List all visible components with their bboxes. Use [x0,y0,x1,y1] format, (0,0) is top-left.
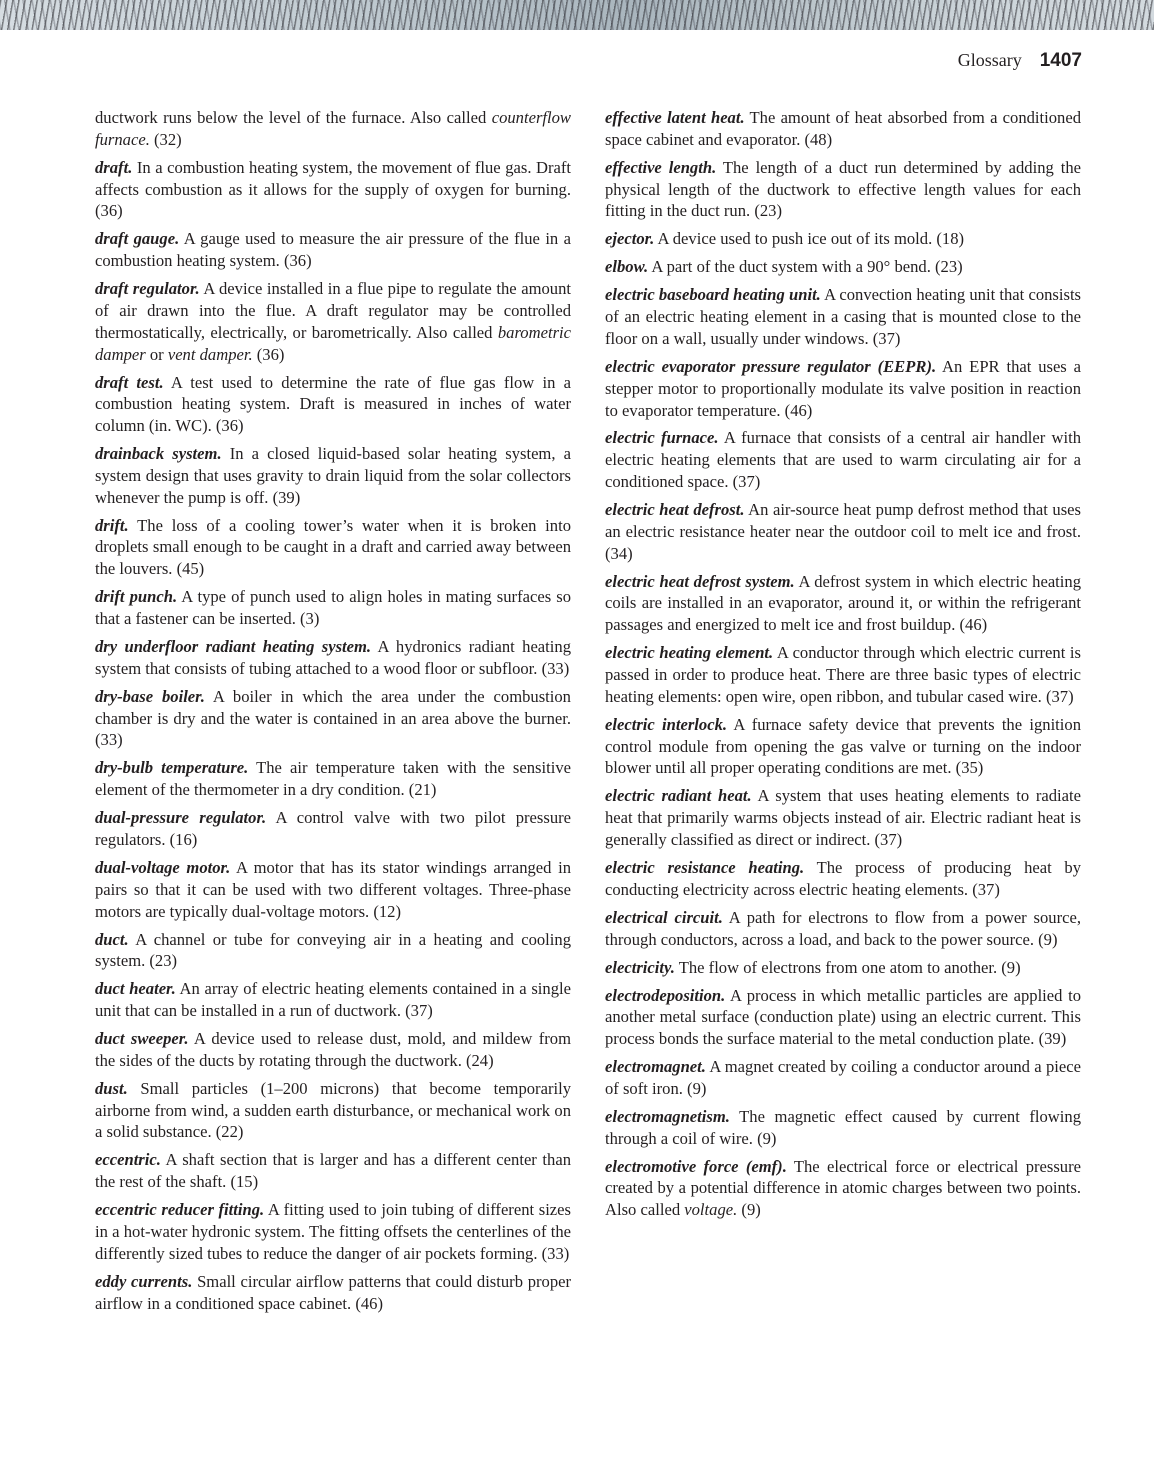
term: electrodeposition. [605,986,725,1005]
term: electromotive force (emf). [605,1157,787,1176]
glossary-entry: drainback system. In a closed liquid-bas… [95,443,571,508]
term: dry-base boiler. [95,687,205,706]
term: electric baseboard heating unit. [605,285,821,304]
term: dry underfloor radiant heating system. [95,637,371,656]
glossary-entry: draft regulator. A device installed in a… [95,278,571,365]
term: ejector. [605,229,654,248]
term: electricity. [605,958,675,977]
glossary-entry: electrical circuit. A path for electrons… [605,907,1081,951]
glossary-entry: effective length. The length of a duct r… [605,157,1081,222]
term: duct sweeper. [95,1029,188,1048]
definition: In a combustion heating system, the move… [95,158,571,221]
definition: Small particles (1–200 microns) that bec… [95,1079,571,1142]
definition: A channel or tube for conveying air in a… [95,930,571,971]
glossary-entry: electromagnet. A magnet created by coili… [605,1056,1081,1100]
glossary-entry: dual-pressure regulator. A control valve… [95,807,571,851]
term: electric resistance heating. [605,858,804,877]
glossary-entry: dry-base boiler. A boiler in which the a… [95,686,571,751]
glossary-entry: eccentric reducer fitting. A fitting use… [95,1199,571,1264]
term: electric heating element. [605,643,773,662]
glossary-entry: draft. In a combustion heating system, t… [95,157,571,222]
definition: A test used to determine the rate of flu… [95,373,571,436]
definition: or [146,345,168,364]
definition: The flow of electrons from one atom to a… [675,958,1021,977]
glossary-entry-continuation: ductwork runs below the level of the fur… [95,107,571,151]
term: electric evaporator pressure regulator (… [605,357,936,376]
glossary-column-right: effective latent heat. The amount of hea… [605,107,1081,1227]
running-head: Glossary 1407 [958,50,1082,72]
glossary-entry: electric evaporator pressure regulator (… [605,356,1081,421]
glossary-entry: draft test. A test used to determine the… [95,372,571,437]
glossary-entry: dry-bulb temperature. The air temperatur… [95,757,571,801]
term: duct heater. [95,979,176,998]
decorative-header-banner [0,0,1154,30]
term: draft test. [95,373,164,392]
glossary-entry: eddy currents. Small circular airflow pa… [95,1271,571,1315]
term: duct. [95,930,129,949]
glossary-entry: dust. Small particles (1–200 microns) th… [95,1078,571,1143]
glossary-entry: electrodeposition. A process in which me… [605,985,1081,1050]
glossary-entry: dual-voltage motor. A motor that has its… [95,857,571,922]
definition: A part of the duct system with a 90° ben… [648,257,963,276]
term: elbow. [605,257,648,276]
glossary-entry: electric furnace. A furnace that consist… [605,427,1081,492]
glossary-entry: electric heating element. A conductor th… [605,642,1081,707]
term: electromagnet. [605,1057,706,1076]
glossary-entry: electric resistance heating. The process… [605,857,1081,901]
term: electric radiant heat. [605,786,752,805]
glossary-entry: electric heat defrost. An air-source hea… [605,499,1081,564]
alternate-term: vent damper. [168,345,253,364]
alternate-term: voltage. [684,1200,737,1219]
glossary-entry: electromotive force (emf). The electrica… [605,1156,1081,1221]
glossary-column-left: ductwork runs below the level of the fur… [95,107,571,1321]
chapter-ref: (36) [253,345,285,364]
term: electrical circuit. [605,908,723,927]
section-title: Glossary [958,50,1022,71]
page-number: 1407 [1040,50,1082,72]
term: dry-bulb temperature. [95,758,248,777]
term: dual-voltage motor. [95,858,230,877]
term: drift punch. [95,587,177,606]
glossary-entry: duct sweeper. A device used to release d… [95,1028,571,1072]
glossary-entry: elbow. A part of the duct system with a … [605,256,1081,278]
term: eccentric reducer fitting. [95,1200,264,1219]
glossary-entry: electric radiant heat. A system that use… [605,785,1081,850]
term: drift. [95,516,129,535]
definition: The loss of a cooling tower’s water when… [95,516,571,579]
term: eddy currents. [95,1272,192,1291]
glossary-entry: electric interlock. A furnace safety dev… [605,714,1081,779]
glossary-entry: effective latent heat. The amount of hea… [605,107,1081,151]
term: draft gauge. [95,229,179,248]
glossary-entry: electric baseboard heating unit. A conve… [605,284,1081,349]
definition: A device used to push ice out of its mol… [654,229,964,248]
glossary-entry: eccentric. A shaft section that is large… [95,1149,571,1193]
chapter-ref: (32) [150,130,182,149]
term: electromagnetism. [605,1107,730,1126]
term: draft regulator. [95,279,200,298]
term: draft. [95,158,132,177]
term: electric furnace. [605,428,719,447]
glossary-entry: duct. A channel or tube for conveying ai… [95,929,571,973]
term: dust. [95,1079,128,1098]
chapter-ref: (9) [737,1200,761,1219]
term: drainback system. [95,444,222,463]
term: eccentric. [95,1150,161,1169]
definition: A shaft section that is larger and has a… [95,1150,571,1191]
term: electric heat defrost system. [605,572,795,591]
glossary-entry: electromagnetism. The magnetic effect ca… [605,1106,1081,1150]
glossary-entry: electricity. The flow of electrons from … [605,957,1081,979]
glossary-entry: duct heater. An array of electric heatin… [95,978,571,1022]
glossary-entry: drift punch. A type of punch used to ali… [95,586,571,630]
term: dual-pressure regulator. [95,808,266,827]
term: effective length. [605,158,716,177]
glossary-entry: ejector. A device used to push ice out o… [605,228,1081,250]
glossary-entry: draft gauge. A gauge used to measure the… [95,228,571,272]
term: electric interlock. [605,715,727,734]
glossary-entry: drift. The loss of a cooling tower’s wat… [95,515,571,580]
term: electric heat defrost. [605,500,745,519]
glossary-entry: dry underfloor radiant heating system. A… [95,636,571,680]
glossary-entry: electric heat defrost system. A defrost … [605,571,1081,636]
definition-text: ductwork runs below the level of the fur… [95,108,492,127]
term: effective latent heat. [605,108,745,127]
